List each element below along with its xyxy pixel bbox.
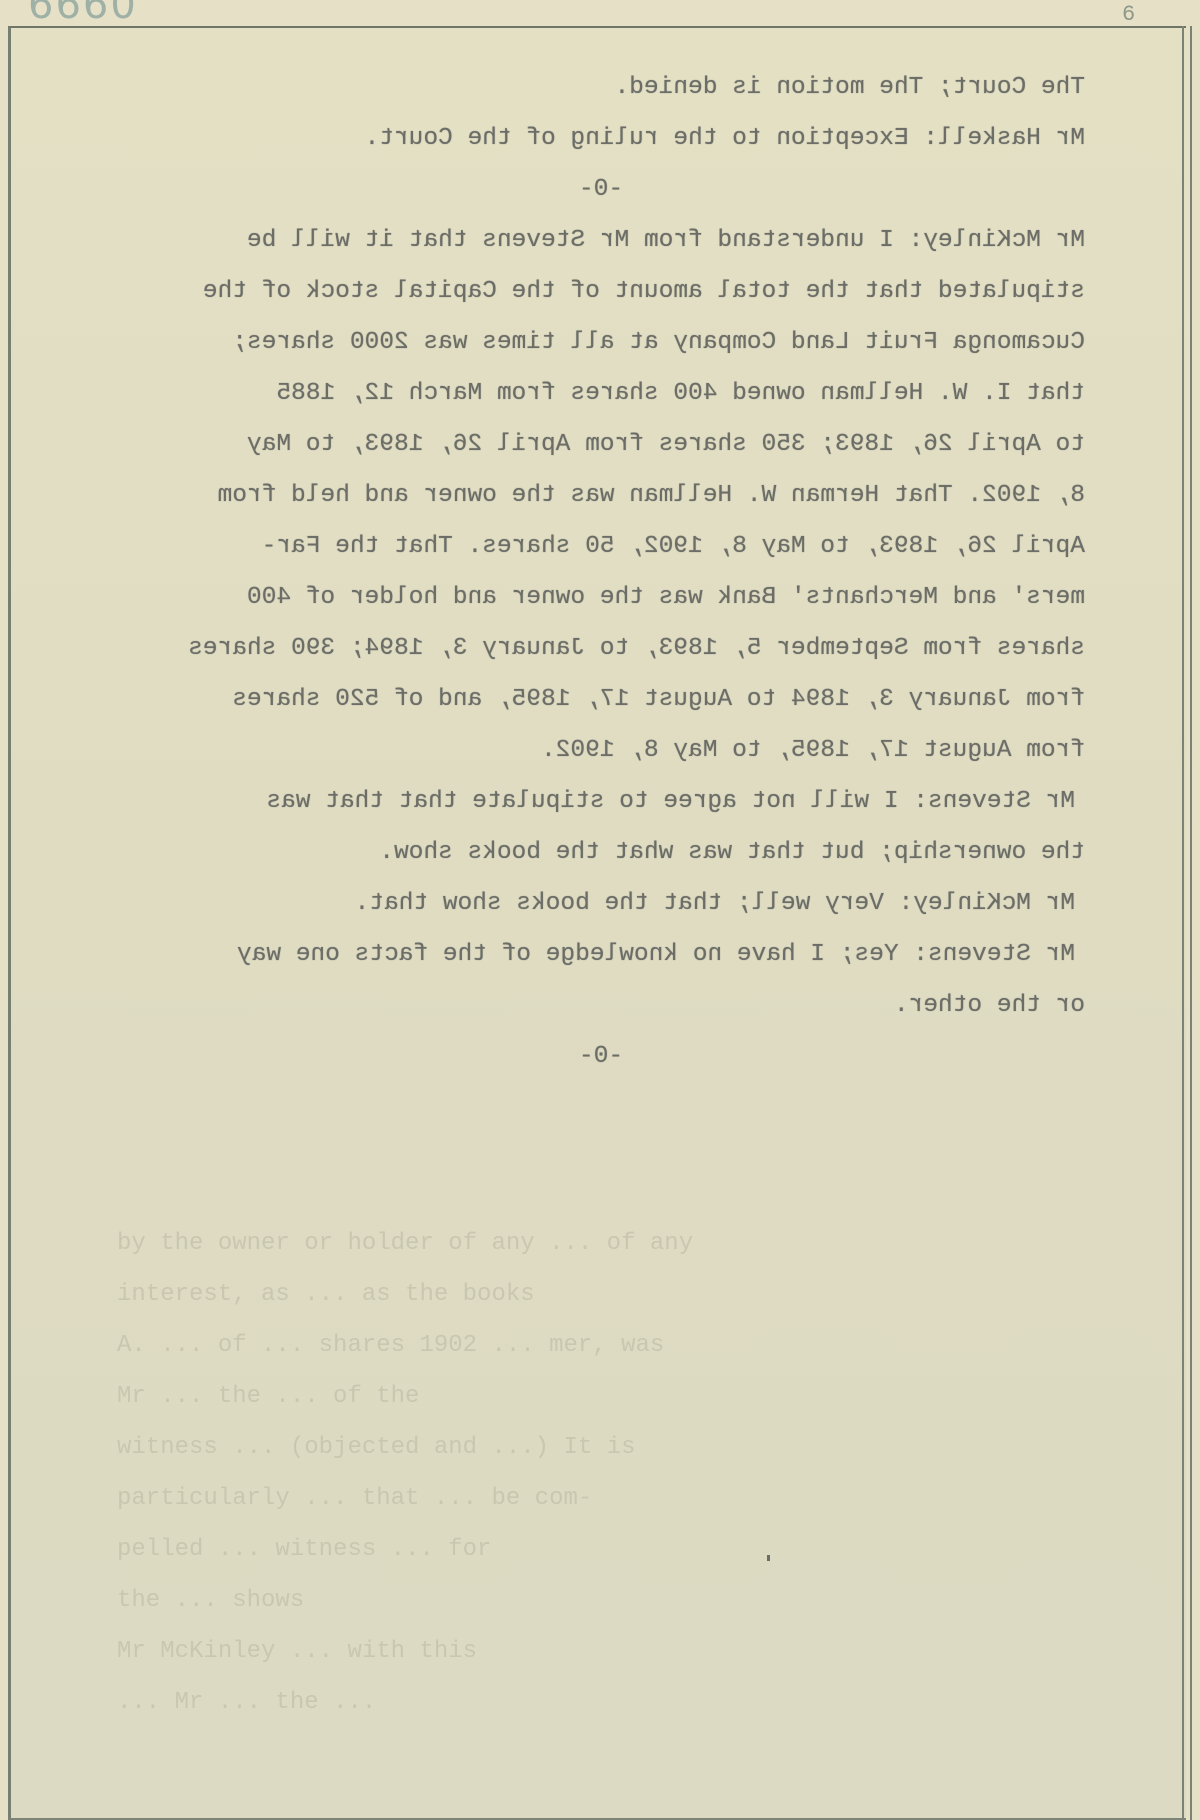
- bleed-line: particularly ... that ... be com-: [51, 1473, 1151, 1524]
- transcript-line: mers' and Merchants' Bank was the owner …: [51, 572, 1151, 623]
- bleed-line: the ... shows: [51, 1575, 1151, 1626]
- bleed-line: A. ... of ... shares 1902 ... mer, was: [51, 1320, 1151, 1371]
- bleed-line: pelled ... witness ... for: [51, 1524, 1151, 1575]
- transcript-line: from August 17, 1895, to May 8, 1902.: [51, 725, 1151, 776]
- transcript-line: Mr Stevens: I will not agree to stipulat…: [51, 776, 1151, 827]
- bleed-line: Mr ... the ... of the: [51, 1371, 1151, 1422]
- page-sheet: The Court; The motion is denied. Mr Hask…: [51, 28, 1151, 1818]
- transcript-line: that I. W. Hellman owned 400 shares from…: [51, 368, 1151, 419]
- transcript-line: The Court; The motion is denied.: [51, 62, 1151, 113]
- transcript-line: the ownership; but that was what the boo…: [51, 827, 1151, 878]
- transcript-line: shares from September 5, 1893, to Januar…: [51, 623, 1151, 674]
- section-divider: -0-: [51, 164, 1151, 215]
- transcript-line: Cucamonga Fruit Land Company at all time…: [51, 317, 1151, 368]
- transcript-line: Mr McKinley: I understand from Mr Steven…: [51, 215, 1151, 266]
- transcript-line: stipulated that the total amount of the …: [51, 266, 1151, 317]
- transcript-line: from January 3, 1894 to August 17, 1895,…: [51, 674, 1151, 725]
- bleed-line: interest, as ... as the books: [51, 1269, 1151, 1320]
- transcript-line: or the other.: [51, 980, 1151, 1031]
- transcript-line: Mr McKinley: Very well; that the books s…: [51, 878, 1151, 929]
- stamp-number: 6660: [28, 0, 138, 28]
- transcript-body: The Court; The motion is denied. Mr Hask…: [51, 62, 1151, 1082]
- transcript-line: Mr Haskell: Exception to the ruling of t…: [51, 113, 1151, 164]
- page-frame: The Court; The motion is denied. Mr Hask…: [8, 26, 1186, 1820]
- bleed-line: witness ... (objected and ...) It is: [51, 1422, 1151, 1473]
- ink-speck: [767, 1555, 770, 1561]
- transcript-line: April 26, 1893, to May 8, 1902, 50 share…: [51, 521, 1151, 572]
- bleed-through-text: by the owner or holder of any ... of any…: [51, 1218, 1151, 1728]
- transcript-line: 8, 1902. That Herman W. Hellman was the …: [51, 470, 1151, 521]
- bleed-line: ... Mr ... the ...: [51, 1677, 1151, 1728]
- transcript-line: to April 26, 1893; 350 shares from April…: [51, 419, 1151, 470]
- transcript-line: Mr Stevens: Yes; I have no knowledge of …: [51, 929, 1151, 980]
- section-divider: -0-: [51, 1031, 1151, 1082]
- bleed-line: Mr McKinley ... with this: [51, 1626, 1151, 1677]
- page-number: 6: [1122, 2, 1135, 27]
- bleed-line: by the owner or holder of any ... of any: [51, 1218, 1151, 1269]
